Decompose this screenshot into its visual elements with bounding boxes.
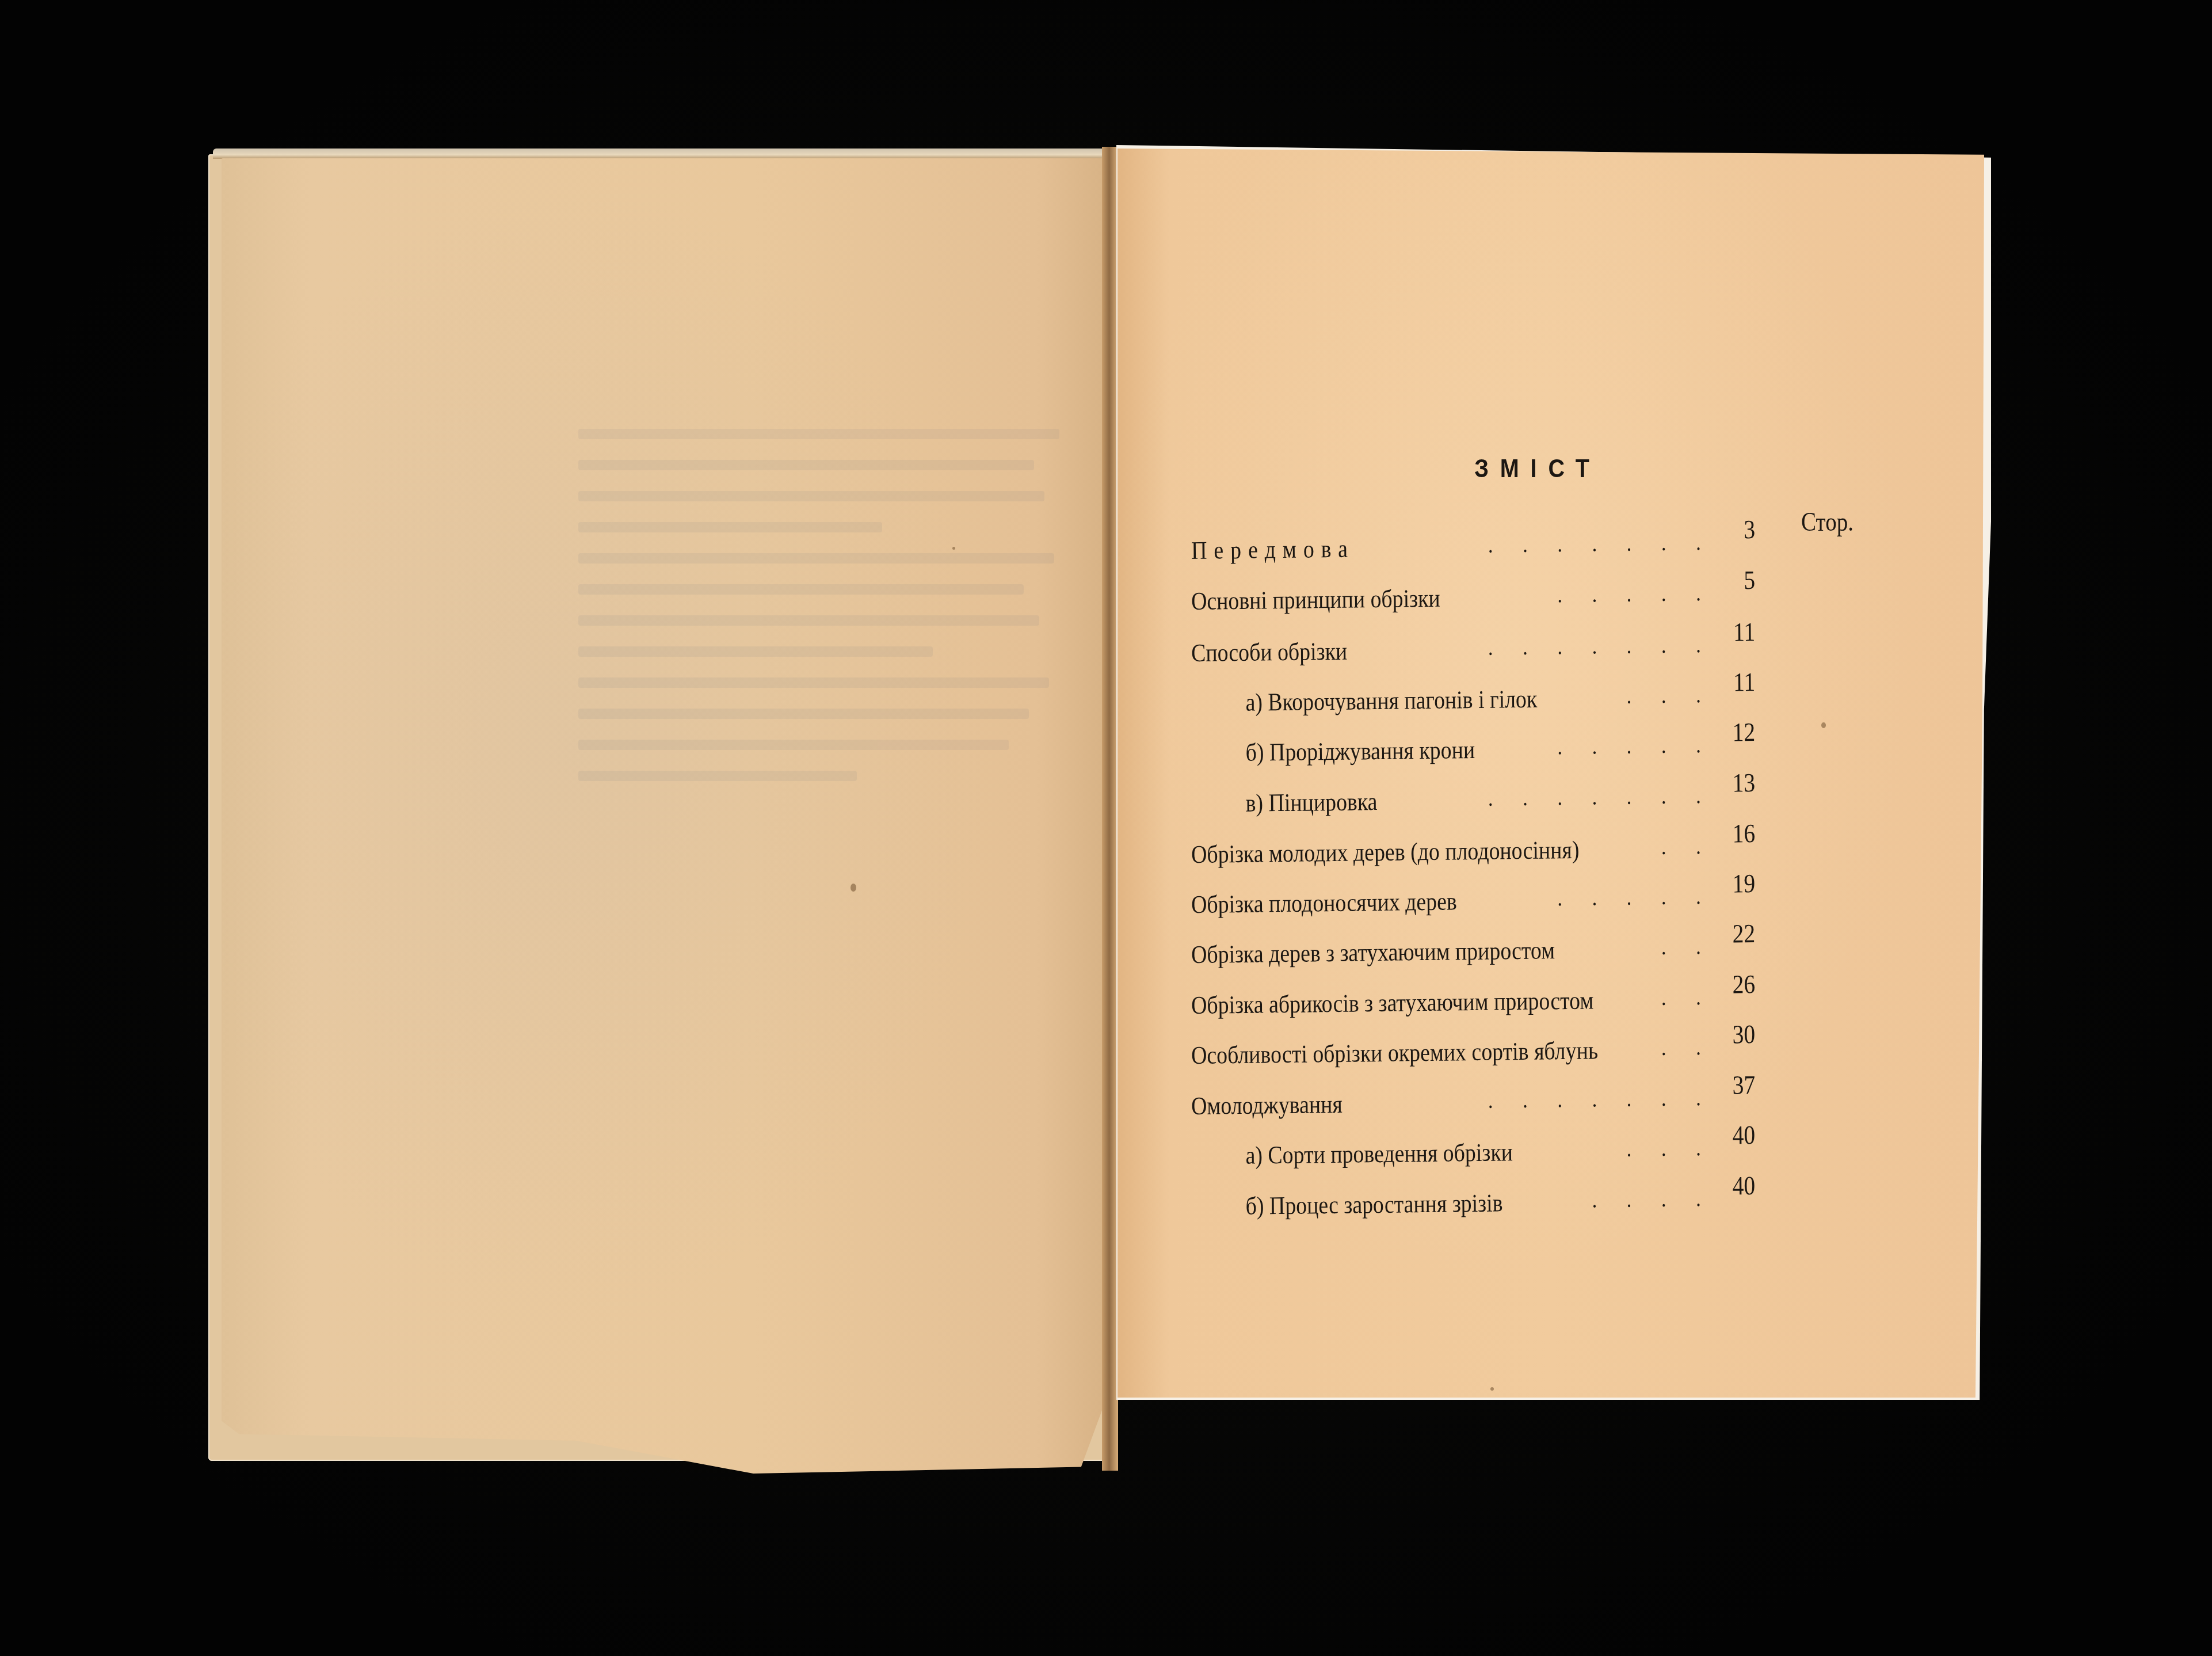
toc-entry-leader: . . .	[1627, 1134, 1701, 1162]
toc-entry-leader: . . . .	[1592, 1185, 1701, 1213]
toc-entry-leader: . . . . .	[1557, 731, 1701, 760]
toc-entry-sub: в) Пінцировка . . . . . . . 13	[1191, 776, 1775, 823]
toc-entry-page: 13	[1711, 767, 1756, 798]
toc-entry-label: Основні принципи обрізки	[1191, 584, 1440, 616]
left-page	[222, 158, 1108, 1474]
toc-entry-page: 5	[1711, 565, 1756, 596]
left-page-top-edge	[213, 149, 1108, 159]
toc-entry-sub: б) Процес заростання зрізів . . . . 40	[1191, 1179, 1775, 1226]
toc-entry: Основні принципи обрізки . . . . . 5	[1191, 573, 1775, 620]
toc-entry-label: Обрізка абрикосів з затухаючим приростом	[1191, 985, 1594, 1020]
toc-entry-sub: а) Вкорочування пагонів і гілок . . . 11	[1191, 675, 1775, 722]
toc-entry-leader: . . . . . . .	[1488, 782, 1701, 812]
toc-entry-leader: . . . . .	[1557, 882, 1701, 911]
toc-entry-label: Обрізка плодоносячих дерев	[1191, 886, 1457, 919]
toc-entry-leader: . .	[1661, 832, 1701, 860]
left-page-show-through	[578, 429, 1085, 1120]
toc-entry-page: 40	[1711, 1120, 1756, 1151]
toc-entry-label: Особливості обрізки окремих сортів яблун…	[1191, 1036, 1598, 1070]
toc-entry-label: Омолоджування	[1191, 1090, 1343, 1121]
toc-entry-page: 19	[1711, 868, 1756, 899]
toc-entry: Способи обрізки . . . . . . . 11	[1191, 625, 1775, 672]
toc-entry-label: Обрізка молодих дерев (до плодоносіння)	[1191, 835, 1580, 869]
toc-entry-label: Передмова	[1191, 534, 1355, 565]
toc-entry-label: Способи обрізки	[1191, 637, 1348, 668]
paper-speck	[1821, 722, 1826, 728]
toc-entry-leader: . .	[1661, 983, 1701, 1011]
toc-entry-leader: . . . . . . .	[1488, 1084, 1701, 1114]
toc-entry: Особливості обрізки окремих сортів яблун…	[1191, 1027, 1775, 1075]
toc-entry-page: 3	[1711, 514, 1756, 545]
toc-entry-label: б) Проріджування крони	[1245, 735, 1475, 767]
paper-speck	[851, 884, 856, 892]
toc-entry: Обрізка плодоносячих дерев . . . . . 19	[1191, 877, 1775, 924]
toc-entry-label: а) Вкорочування пагонів і гілок	[1245, 684, 1537, 717]
toc-entry-leader: . .	[1661, 1033, 1701, 1061]
toc-entry: Передмова . . . . . . . 3	[1191, 523, 1775, 570]
toc-entry-label: Обрізка дерев з затухаючим приростом	[1191, 935, 1555, 969]
toc-entry-leader: . . . . . . .	[1488, 528, 1701, 558]
toc-entry-page: 22	[1711, 918, 1756, 949]
toc-entry-page: 12	[1711, 717, 1756, 748]
book-gutter	[1102, 147, 1118, 1471]
toc-entry-page: 30	[1711, 1019, 1756, 1050]
toc-title: ЗМІСТ	[1474, 455, 1601, 484]
toc-entry: Омолоджування . . . . . . . 37	[1191, 1078, 1775, 1125]
toc-page-column-header: Стор.	[1801, 507, 1853, 537]
toc-entry: Обрізка молодих дерев (до плодоносіння) …	[1191, 827, 1775, 874]
toc-entry-label: б) Процес заростання зрізів	[1245, 1188, 1502, 1220]
toc-entry-page: 26	[1711, 969, 1756, 1000]
toc-entry-page: 11	[1711, 616, 1756, 648]
toc-entry-leader: . . . . . . .	[1488, 631, 1701, 661]
toc-entry-leader: . . . . .	[1557, 579, 1701, 608]
paper-speck	[952, 547, 955, 550]
toc-entry-leader: . .	[1661, 932, 1701, 960]
toc-entry-sub: а) Сорти проведення обрізки . . . 40	[1191, 1128, 1775, 1175]
toc-entry-label: в) Пінцировка	[1245, 787, 1377, 818]
toc-entry: Обрізка дерев з затухаючим приростом . .…	[1191, 927, 1775, 974]
toc-entry-sub: б) Проріджування крони . . . . . 12	[1191, 725, 1775, 772]
toc-entry-page: 37	[1711, 1069, 1756, 1101]
toc-entry-page: 11	[1711, 667, 1756, 698]
toc-entry-page: 16	[1711, 818, 1756, 849]
toc-entry: Обрізка абрикосів з затухаючим приростом…	[1191, 977, 1775, 1025]
paper-speck	[1490, 1387, 1494, 1391]
toc-entry-leader: . . .	[1627, 681, 1701, 709]
toc-entry-label: а) Сорти проведення обрізки	[1245, 1137, 1513, 1170]
toc-entry-page: 40	[1711, 1170, 1756, 1201]
